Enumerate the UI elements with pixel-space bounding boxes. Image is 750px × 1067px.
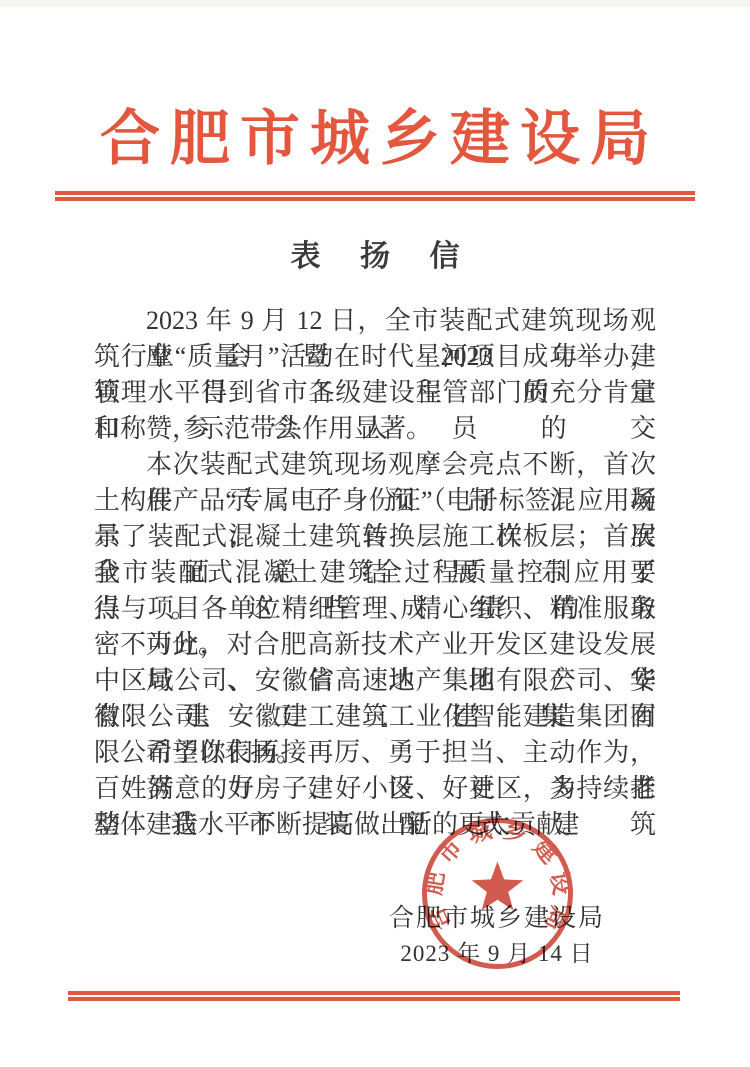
letterhead-divider-rule: [55, 191, 695, 201]
body-line: 本次装配式建筑现场观摩会亮点不断，首次展示了预制混凝: [94, 447, 656, 483]
body-line: 示了装配式混凝土建筑转换层施工样板层；首次全面总结展示了: [94, 519, 656, 555]
signature-org: 合肥市城乡建设局: [372, 903, 622, 935]
body-paragraph: 2023 年 9 月 12 日，全市装配式建筑现场观摩会暨 2023 年建筑行业…: [94, 303, 656, 447]
body-line: 百姓满意的好房子、好小区、好社区，为持续推动我市装配式建筑: [94, 771, 656, 807]
letter-body: 2023 年 9 月 12 日，全市装配式建筑现场观摩会暨 2023 年建筑行业…: [94, 303, 656, 843]
body-line: 希望你们再接再厉、勇于担当、主动作为，努力建设更多老: [94, 735, 656, 771]
signature-block: 合肥市城乡建设局 2023 年 9 月 14 日: [372, 903, 622, 969]
signature-date: 2023 年 9 月 14 日: [372, 939, 622, 969]
letterhead-org-title: 合肥市城乡建设局: [0, 0, 750, 177]
body-line: 得与项目各单位精细管理、精心组织、精准服务密不可分。: [94, 591, 656, 627]
footer-rule: [68, 991, 680, 1001]
body-line: 有限公司、安徽建工建筑工业化智能建造集团有限公司予以表扬。: [94, 699, 656, 735]
body-line: 筑行业“质量月”活动在时代星河项目成功举办，项目工程质量: [94, 339, 656, 375]
document-page: 合肥市城乡建设局 表 扬 信 2023 年 9 月 12 日，全市装配式建筑现场…: [0, 0, 750, 1067]
body-paragraph: 为此，对合肥高新技术产业开发区建设发展局、信达地产华中区域公司、安徽省高速地产集…: [94, 627, 656, 735]
body-line: 2023 年 9 月 12 日，全市装配式建筑现场观摩会暨 2023 年建: [94, 303, 656, 339]
body-line: 整体建造水平不断提高做出新的更大贡献。: [94, 807, 656, 843]
letter-title: 表 扬 信: [16, 237, 750, 277]
letterhead: 合肥市城乡建设局: [0, 0, 750, 201]
body-line: 我市装配式混凝土建筑全过程质量控制应用要点。这些成绩的取: [94, 555, 656, 591]
body-line: 中区域公司、安徽省高速地产集团有限公司、安徽建工三建集团: [94, 663, 656, 699]
body-line: 土构件产品“专属电子身份证”（电子标签）应用场景；首次展: [94, 483, 656, 519]
body-line: 为此，对合肥高新技术产业开发区建设发展局、信达地产华: [94, 627, 656, 663]
body-line: 管理水平得到省市各级建设主管部门的充分肯定和参会人员的交: [94, 375, 656, 411]
body-paragraph: 希望你们再接再厉、勇于担当、主动作为，努力建设更多老百姓满意的好房子、好小区、好…: [94, 735, 656, 843]
body-paragraph: 本次装配式建筑现场观摩会亮点不断，首次展示了预制混凝土构件产品“专属电子身份证”…: [94, 447, 656, 627]
